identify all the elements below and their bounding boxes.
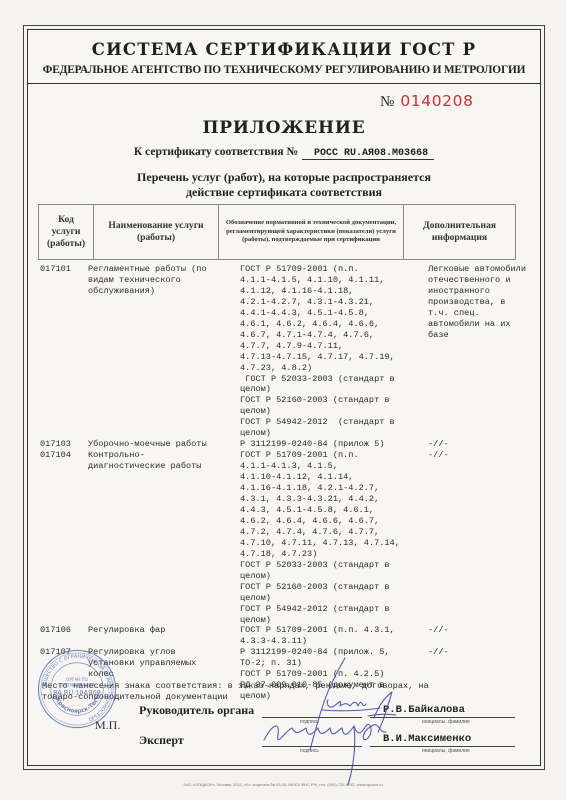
additional-info-line: производства, в	[428, 297, 540, 308]
normative-documents-line: ГОСТ Р 54942-2012 (стандарт в	[240, 417, 416, 428]
normative-documents-line: 4.4.1-4.4.3, 4.5.1-4.5.8,	[240, 308, 416, 319]
head-name: Р.В.Байкалова	[383, 704, 465, 716]
normative-documents-line: Р 3112199-0240-84 (прилож 5)	[240, 439, 416, 450]
service-name: Регулировка фар	[88, 625, 240, 647]
head-of-body-label: Руководитель органа	[139, 703, 254, 718]
normative-documents-line: ГОСТ Р 54942-2012 (стандарт в	[240, 604, 416, 615]
normative-documents-line: целом)	[240, 428, 416, 439]
additional-info-line: -//-	[428, 625, 540, 636]
expert-signature-caption: подпись	[300, 748, 319, 754]
table-row: 017106Регулировка фарГОСТ Р 51709-2001 (…	[40, 625, 540, 647]
certificate-label: К сертификату соответствия №	[134, 146, 298, 158]
service-code: 017104	[40, 450, 88, 625]
normative-documents-line: 4.7.13-4.7.15, 4.7.17, 4.7.19,	[240, 352, 416, 363]
stamp-reg-number: RA.RU.10АЯ08	[53, 689, 101, 697]
expert-name: В.И.Максименко	[383, 733, 471, 745]
normative-documents-line: ГОСТ Р 52160-2003 (стандарт в	[240, 395, 416, 406]
services-table-header: Код услуги (работы) Наименование услуги …	[38, 204, 516, 260]
additional-info-line: -//-	[428, 647, 540, 658]
service-name-line: обслуживания)	[88, 286, 240, 297]
normative-documents-line: 4.3.3-4.3.11)	[240, 636, 416, 647]
column-header-documents: Обозначение нормативной и технической до…	[219, 205, 404, 260]
normative-documents-line: ГОСТ Р 51709-2001 (п. 4.2.5)	[240, 669, 416, 680]
normative-documents-line: ГОСТ Р 52160-2003 (стандарт в	[240, 582, 416, 593]
additional-info: -//-	[416, 625, 540, 647]
stamp-center-line-1: ОРГАН ПО	[66, 677, 88, 682]
normative-documents-line: 4.6.1, 4.6.2, 4.6.4, 4.6.6,	[240, 319, 416, 330]
additional-info-line: Легковые автомобили	[428, 264, 540, 275]
service-name-line: Уборочно-моечные работы	[88, 439, 240, 450]
head-name-line	[370, 717, 515, 718]
service-code: 017103	[40, 439, 88, 450]
normative-documents-line: целом)	[240, 615, 416, 626]
expert-label: Эксперт	[139, 733, 184, 748]
normative-documents-line: ГОСТ Р 52033-2003 (стандарт в	[240, 374, 416, 385]
certification-system-title: СИСТЕМА СЕРТИФИКАЦИИ ГОСТ Р	[27, 40, 541, 59]
normative-documents-line: 4.1.16-4.1.18, 4.2.1-4.2.7,	[240, 483, 416, 494]
table-row: 017103Уборочно-моечные работыР 3112199-0…	[40, 439, 540, 450]
additional-info: -//-	[416, 450, 540, 625]
normative-documents-line: 4.1.12, 4.1.16-4.1.18,	[240, 286, 416, 297]
service-name: Регламентные работы (повидам техническог…	[88, 264, 240, 439]
normative-documents-line: 4.7.18, 4.7.23)	[240, 549, 416, 560]
normative-documents-line: целом)	[240, 571, 416, 582]
printer-imprint: ЗАО «ОПЦИОН», Москва, 2015, «Б» лицензия…	[0, 782, 566, 787]
expert-name-caption: инициалы, фамилия	[422, 748, 470, 754]
column-header-code: Код услуги (работы)	[39, 205, 94, 260]
expert-name-line	[370, 746, 515, 747]
service-name-line: видам технического	[88, 275, 240, 286]
certificate-number: РОСС RU.АЯ08.М03668	[302, 148, 434, 160]
additional-info-line: базе	[428, 330, 540, 341]
normative-documents: ГОСТ Р 51709-2001 (п.п.4.1.1-4.1.5, 4.1.…	[240, 264, 416, 439]
table-row: 017104Контрольно-диагностические работыГ…	[40, 450, 540, 625]
service-name-line: Контрольно-	[88, 450, 240, 461]
normative-documents-line: 4.2.1-4.2.7, 4.3.1-4.3.21,	[240, 297, 416, 308]
form-number-value: 0140208	[400, 92, 473, 110]
additional-info-line: автомобили на их	[428, 319, 540, 330]
service-name-line: Регламентные работы (по	[88, 264, 240, 275]
service-name-line: диагностические работы	[88, 461, 240, 472]
additional-info-line: -//-	[428, 450, 540, 461]
normative-documents-line: 4.1.1-4.1.3, 4.1.5,	[240, 461, 416, 472]
column-header-name: Наименование услуги (работы)	[94, 205, 219, 260]
service-name: Уборочно-моечные работы	[88, 439, 240, 450]
certificate-reference: К сертификату соответствия №РОСС RU.АЯ08…	[27, 146, 541, 160]
normative-documents-line: целом)	[240, 406, 416, 417]
normative-documents: Р 3112199-0240-84 (прилож 5)	[240, 439, 416, 450]
additional-info-line: отечественного и	[428, 275, 540, 286]
additional-info-line: т.ч. спец.	[428, 308, 540, 319]
normative-documents: ГОСТ Р 51709-2001 (п.п. 4.3.1,4.3.3-4.3.…	[240, 625, 416, 647]
head-signature-caption: подпись	[300, 719, 319, 725]
normative-documents-line: Р 3112199-0240-84 (прилож. 5,	[240, 647, 416, 658]
head-name-caption: инициалы, фамилия	[422, 719, 470, 725]
normative-documents-line: 4.6.2, 4.6.4, 4.6.6, 4.6.7,	[240, 516, 416, 527]
head-signature-line	[262, 717, 362, 718]
agency-name: ФЕДЕРАЛЬНОЕ АГЕНТСТВО ПО ТЕХНИЧЕСКОМУ РЕ…	[27, 64, 541, 76]
normative-documents-line: целом)	[240, 384, 416, 395]
services-list-title: Перечень услуг (работ), на которые распр…	[27, 170, 541, 199]
form-number: №0140208	[380, 92, 474, 111]
list-title-line-2: действие сертификата соответствия	[27, 185, 541, 200]
expert-signature-line	[262, 746, 362, 747]
seal-place-label: М.П.	[95, 718, 120, 733]
normative-documents-line: 4.3.1, 4.3.3-4.3.21, 4.4.2,	[240, 494, 416, 505]
service-code: 017101	[40, 264, 88, 439]
normative-documents-line: 4.7.2, 4.7.4, 4.7.6, 4.7.7,	[240, 527, 416, 538]
normative-documents-line: 4.7.10, 4.7.11, 4.7.13, 4.7.14,	[240, 538, 416, 549]
table-row: 017101Регламентные работы (повидам техни…	[40, 264, 540, 439]
additional-info: -//-	[416, 439, 540, 450]
normative-documents-line: 4.7.7, 4.7.9-4.7.11,	[240, 341, 416, 352]
header-divider	[27, 83, 541, 84]
normative-documents-line: 4.1.10-4.1.12, 4.1.14,	[240, 472, 416, 483]
normative-documents-line: 4.7.23, 4.8.2)	[240, 363, 416, 374]
additional-info-line: иностранного	[428, 286, 540, 297]
normative-documents-line: 4.4.3, 4.5.1-4.5.8, 4.6.1,	[240, 505, 416, 516]
normative-documents-line: ТО-2; п. 31)	[240, 658, 416, 669]
service-code: 017106	[40, 625, 88, 647]
column-header-additional-info: Дополнительная информация	[404, 205, 516, 260]
service-name: Контрольно-диагностические работы	[88, 450, 240, 625]
normative-documents: ГОСТ Р 51709-2001 (п.п.4.1.1-4.1.3, 4.1.…	[240, 450, 416, 625]
service-name-line: Регулировка фар	[88, 625, 240, 636]
normative-documents-line: ГОСТ Р 51709-2001 (п.п.	[240, 450, 416, 461]
normative-documents-line: ГОСТ Р 51709-2001 (п.п.	[240, 264, 416, 275]
normative-documents-line: 4.1.1-4.1.5, 4.1.10, 4.1.11,	[240, 275, 416, 286]
services-table-body: 017101Регламентные работы (повидам техни…	[40, 264, 540, 702]
normative-documents-line: ГОСТ Р 51709-2001 (п.п. 4.3.1,	[240, 625, 416, 636]
additional-info-line: -//-	[428, 439, 540, 450]
normative-documents-line: 4.6.7, 4.7.1-4.7.4, 4.7.6,	[240, 330, 416, 341]
additional-info: Легковые автомобилиотечественного ииност…	[416, 264, 540, 439]
appendix-title: ПРИЛОЖЕНИЕ	[27, 118, 541, 138]
stamp-center-line-2: СЕРТИФИКАЦИИ	[59, 683, 94, 688]
normative-documents-line: ГОСТ Р 52033-2003 (стандарт в	[240, 560, 416, 571]
normative-documents-line: целом)	[240, 593, 416, 604]
number-sign: №	[380, 94, 394, 110]
list-title-line-1: Перечень услуг (работ), на которые распр…	[27, 170, 541, 185]
